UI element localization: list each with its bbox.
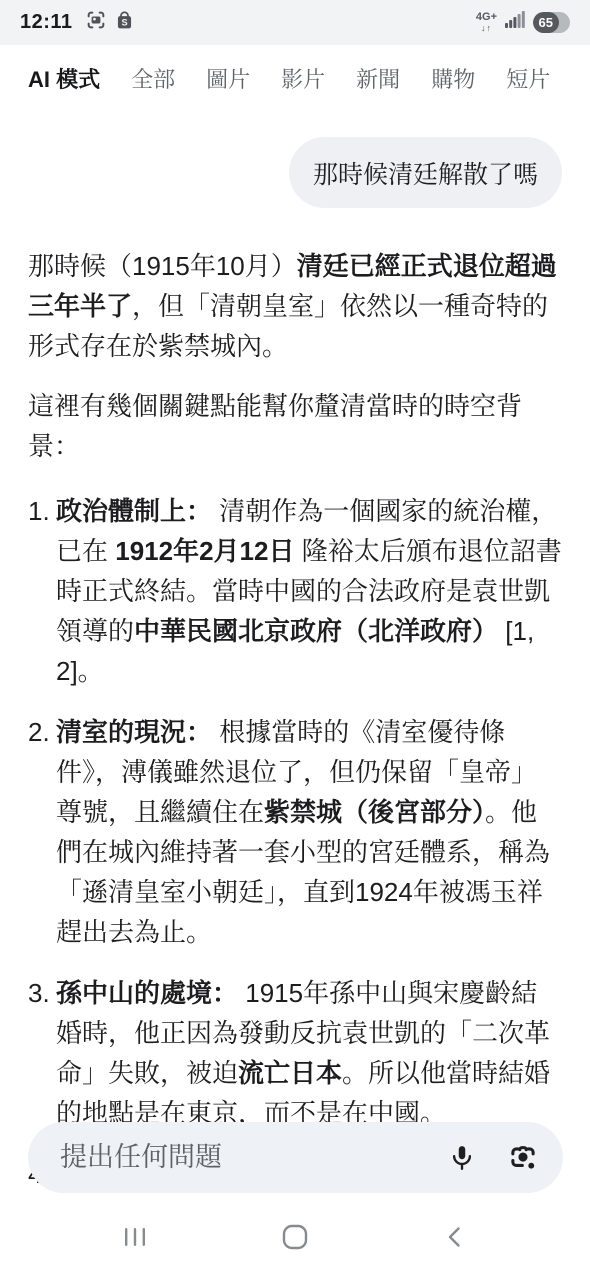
tab-短片[interactable]: 短片 bbox=[506, 63, 550, 94]
shopping-bag-s-icon: S bbox=[114, 10, 135, 36]
ask-input[interactable] bbox=[58, 1141, 447, 1174]
status-bar: 12:11 S 4G+ ↓↑ bbox=[0, 0, 590, 45]
results-tab-bar: AI 模式全部圖片影片新聞購物短片 bbox=[0, 45, 590, 112]
screenshot-icon bbox=[85, 9, 107, 36]
clock: 12:11 bbox=[20, 11, 73, 34]
answer-list-item: 2.清室的現況： 根據當時的《清室優待條件》，溥儀雖然退位了，但仍保留「皇帝」尊… bbox=[28, 712, 562, 952]
list-item-text: 孫中山的處境： 1915年孫中山與宋慶齡結婚時，他正因為發動反抗袁世凱的「二次革… bbox=[56, 973, 562, 1133]
svg-text:S: S bbox=[121, 17, 127, 27]
lens-icon[interactable] bbox=[507, 1142, 539, 1174]
battery-percent: 65 bbox=[533, 12, 559, 33]
list-item-text: 清室的現況： 根據當時的《清室優待條件》，溥儀雖然退位了，但仍保留「皇帝」尊號，… bbox=[56, 712, 562, 952]
chat-content: 那時候清廷解散了嗎 那時候（1915年10月）清廷已經正式退位超過三年半了，但「… bbox=[0, 112, 590, 1255]
ai-answer: 那時候（1915年10月）清廷已經正式退位超過三年半了，但「清朝皇室」依然以一種… bbox=[0, 208, 590, 1234]
home-button[interactable] bbox=[265, 1207, 325, 1267]
list-number: 3. bbox=[28, 973, 56, 1133]
tab-新聞[interactable]: 新聞 bbox=[356, 63, 400, 94]
user-message-row: 那時候清廷解散了嗎 bbox=[0, 112, 590, 208]
list-number: 1. bbox=[28, 491, 56, 691]
notification-icons: S bbox=[85, 9, 135, 36]
tab-全部[interactable]: 全部 bbox=[131, 63, 175, 94]
recents-button[interactable] bbox=[105, 1207, 165, 1267]
user-message-bubble: 那時候清廷解散了嗎 bbox=[289, 137, 562, 208]
list-item-text: 政治體制上： 清朝作為一個國家的統治權，已在 1912年2月12日 隆裕太后頒布… bbox=[56, 491, 562, 691]
answer-paragraphs: 那時候（1915年10月）清廷已經正式退位超過三年半了，但「清朝皇室」依然以一種… bbox=[28, 246, 562, 466]
answer-paragraph: 這裡有幾個關鍵點能幫你釐清當時的時空背景： bbox=[28, 386, 562, 466]
tab-購物[interactable]: 購物 bbox=[431, 63, 475, 94]
data-arrows-icon: ↓↑ bbox=[481, 24, 492, 33]
network-type-indicator: 4G+ ↓↑ bbox=[476, 12, 497, 33]
back-button[interactable] bbox=[425, 1207, 485, 1267]
status-right-cluster: 4G+ ↓↑ 65 bbox=[476, 11, 570, 34]
ask-input-bar[interactable] bbox=[28, 1122, 563, 1193]
answer-list-item: 1.政治體制上： 清朝作為一個國家的統治權，已在 1912年2月12日 隆裕太后… bbox=[28, 491, 562, 691]
signal-strength-icon bbox=[505, 11, 525, 34]
answer-paragraph: 那時候（1915年10月）清廷已經正式退位超過三年半了，但「清朝皇室」依然以一種… bbox=[28, 246, 562, 366]
tab-圖片[interactable]: 圖片 bbox=[206, 63, 250, 94]
list-number: 2. bbox=[28, 712, 56, 952]
tab-影片[interactable]: 影片 bbox=[281, 63, 325, 94]
android-nav-bar bbox=[0, 1193, 590, 1280]
answer-list-item: 3.孫中山的處境： 1915年孫中山與宋慶齡結婚時，他正因為發動反抗袁世凱的「二… bbox=[28, 973, 562, 1133]
tab-AI 模式[interactable]: AI 模式 bbox=[28, 63, 100, 94]
battery-icon: 65 bbox=[533, 12, 570, 33]
mic-icon[interactable] bbox=[447, 1143, 477, 1173]
